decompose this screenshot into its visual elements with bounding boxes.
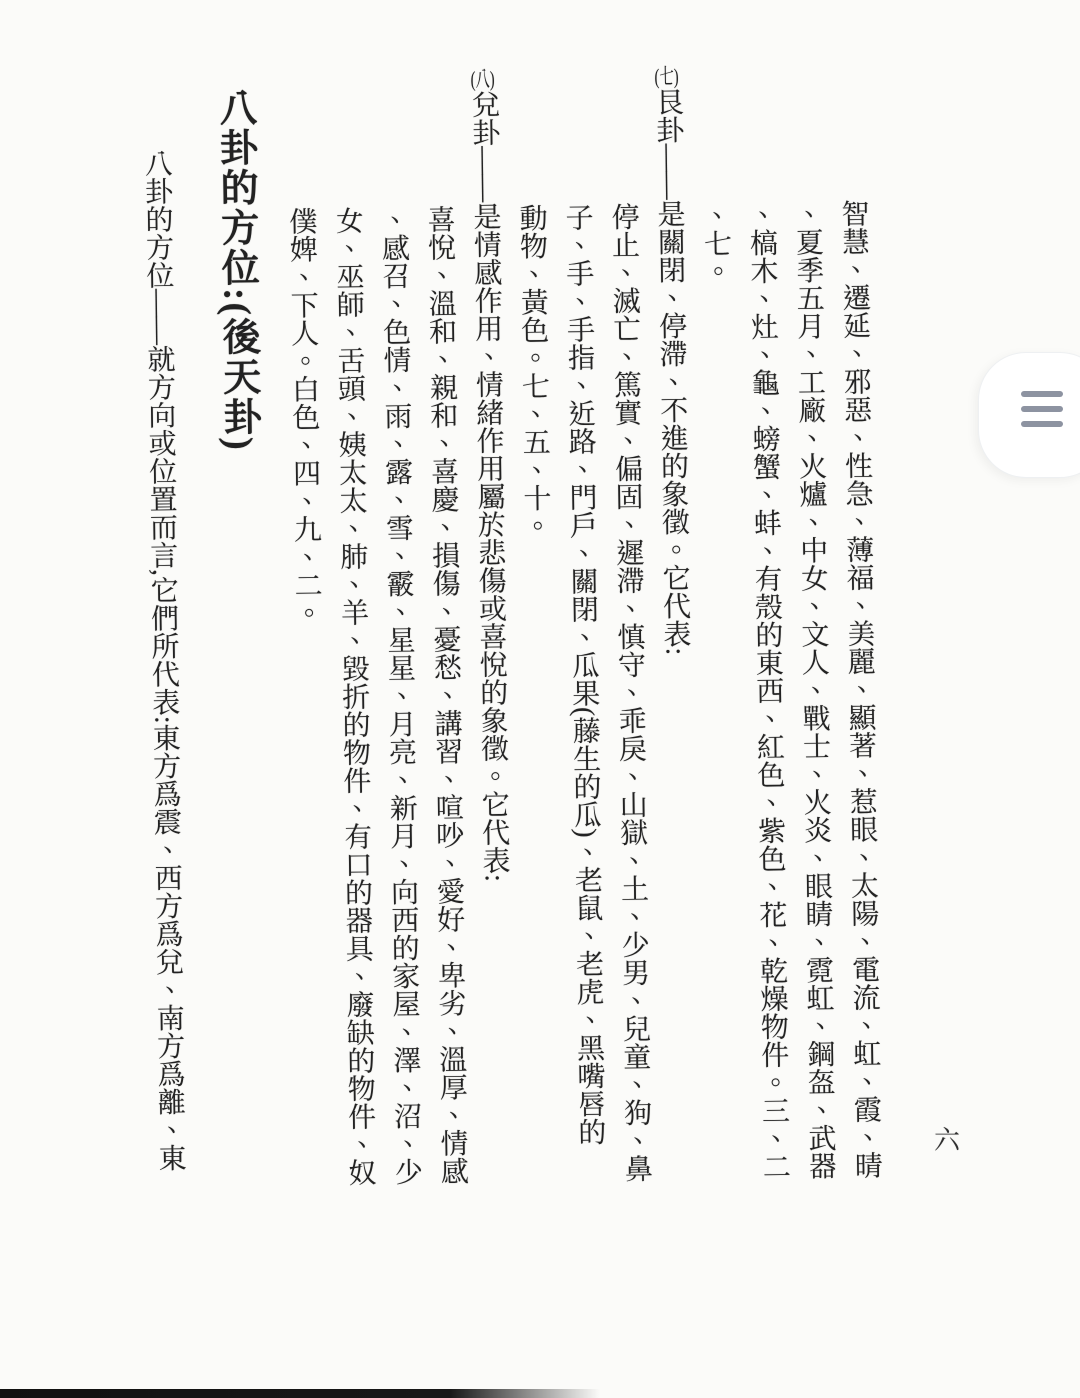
section-7-number: (七) <box>654 66 678 88</box>
page-number: 六 <box>934 1120 960 1157</box>
closing-paragraph: 八卦的方位——就方向或位置而言,它們所代表:東方爲震、西方爲兌、南方爲離、東 <box>131 63 194 1308</box>
section-7-title: 艮卦 <box>652 87 684 143</box>
previous-section-tail-paragraph: 智慧、遷延、邪惡、性急、薄福、美麗、顯著、惹眼、太陽、電流、虹、霞、晴、夏季五月… <box>689 53 890 1299</box>
section-7-dash: —— <box>653 143 685 199</box>
section-8-paragraph: (八)兌卦——是情感作用、情緒作用屬於悲傷或喜悅的象徵。它代表:喜悅、溫和、親和… <box>275 58 522 1305</box>
previous-section-tail-text: 智慧、遷延、邪惡、性急、薄福、美麗、顯著、惹眼、太陽、電流、虹、霞、晴、夏季五月… <box>699 199 882 1181</box>
section-8-title: 兌卦 <box>468 90 500 146</box>
section-8-text: 是情感作用、情緒作用屬於悲傷或喜悅的象徵。它代表:喜悅、溫和、親和、喜慶、損傷、… <box>285 202 509 1186</box>
photo-edge-strip <box>0 1389 600 1398</box>
section-7-paragraph: (七)艮卦——是關閉、停滯、不進的象徵。它代表:停止、滅亡、篤實、偏固、遲滯、慎… <box>505 55 706 1301</box>
hamburger-menu-icon <box>1021 391 1063 427</box>
screen: 智慧、遷延、邪惡、性急、薄福、美麗、顯著、惹眼、太陽、電流、虹、霞、晴、夏季五月… <box>0 0 1080 1398</box>
page-text: 智慧、遷延、邪惡、性急、薄福、美麗、顯著、惹眼、太陽、電流、虹、霞、晴、夏季五月… <box>131 53 890 1307</box>
section-8-number: (八) <box>470 68 494 90</box>
main-heading: 八卦的方位:(後天卦) <box>191 61 292 1306</box>
menu-button[interactable] <box>978 352 1080 478</box>
section-8-dash: —— <box>469 146 501 202</box>
section-7-text: 是關閉、停滯、不進的象徵。它代表:停止、滅亡、篤實、偏固、遲滯、慎守、乖戾、山獄… <box>515 199 690 1182</box>
